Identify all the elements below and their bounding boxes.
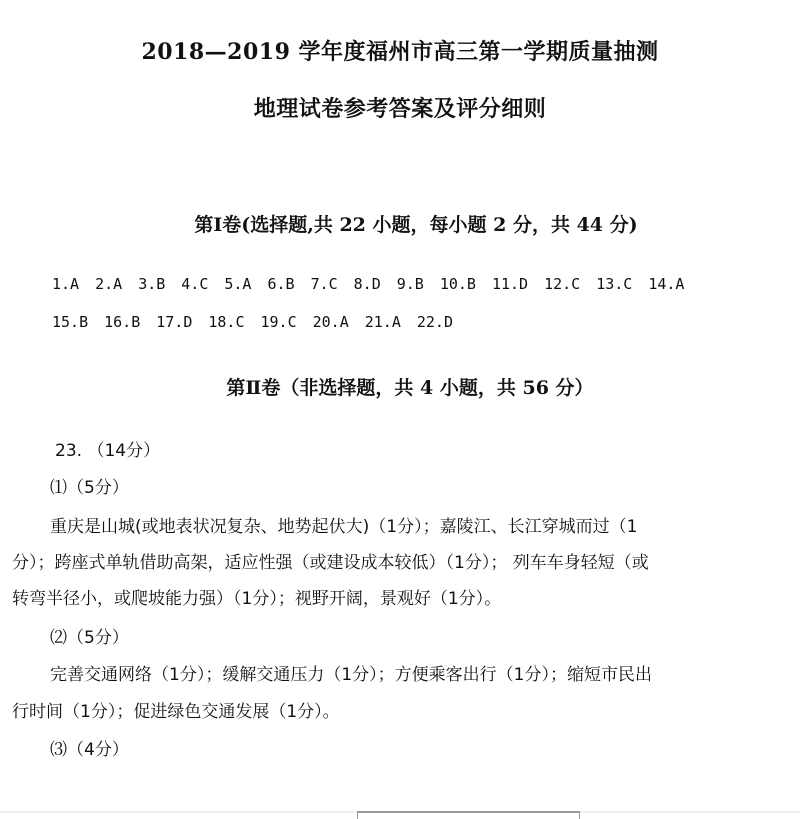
- answer-item: 20.A: [313, 313, 349, 331]
- answer-item: 13.C: [596, 275, 632, 293]
- answer-item: 6.B: [267, 275, 294, 293]
- answer-item: 9.B: [397, 275, 424, 293]
- answers-row-1: 1.A 2.A 3.B 4.C 5.A 6.B 7.C 8.D 9.B 10.B…: [52, 275, 700, 293]
- subquestion-2-answer-line: 完善交通网络（1分）；缓解交通压力（1分）；方便乘客出行（1分）；缩短市民出: [50, 660, 652, 685]
- subquestion-2-answer-line: 行时间（1分）；促进绿色交通发展（1分）。: [12, 697, 340, 722]
- document-page: 2018—2019 学年度福州市高三第一学期质量抽测 地理试卷参考答案及评分细则…: [0, 0, 800, 819]
- page-bottom-bracket: [357, 811, 580, 819]
- question-23-label: 23. （14分）: [55, 436, 160, 461]
- answer-item: 1.A: [52, 275, 79, 293]
- answer-item: 18.C: [208, 313, 244, 331]
- answer-item: 8.D: [354, 275, 381, 293]
- part2-heading: 第Ⅱ卷（非选择题，共 4 小题，共 56 分）: [10, 373, 800, 400]
- answer-item: 4.C: [181, 275, 208, 293]
- subquestion-2-label: ⑵（5分）: [50, 623, 129, 648]
- answer-item: 2.A: [95, 275, 122, 293]
- answer-item: 21.A: [365, 313, 401, 331]
- part1-heading: 第Ⅰ卷(选择题,共 22 小题，每小题 2 分，共 44 分): [16, 210, 800, 237]
- answer-item: 12.C: [544, 275, 580, 293]
- subquestion-1-label: ⑴（5分）: [50, 473, 129, 498]
- answer-item: 17.D: [156, 313, 192, 331]
- answer-item: 14.A: [648, 275, 684, 293]
- subquestion-1-answer-line: 重庆是山城(或地表状况复杂、地势起伏大)（1分）；嘉陵江、长江穿城而过（1: [50, 512, 637, 537]
- answers-row-2: 15.B 16.B 17.D 18.C 19.C 20.A 21.A 22.D: [52, 313, 469, 331]
- subquestion-1-answer-line: 转弯半径小，或爬坡能力强）（1分）；视野开阔，景观好（1分）。: [12, 584, 501, 609]
- answer-item: 10.B: [440, 275, 476, 293]
- document-subtitle: 地理试卷参考答案及评分细则: [0, 92, 800, 123]
- document-title: 2018—2019 学年度福州市高三第一学期质量抽测: [0, 35, 800, 66]
- subquestion-3-label: ⑶（4分）: [50, 735, 129, 760]
- answer-item: 7.C: [311, 275, 338, 293]
- answer-item: 16.B: [104, 313, 140, 331]
- answer-item: 3.B: [138, 275, 165, 293]
- answer-item: 11.D: [492, 275, 528, 293]
- answer-item: 15.B: [52, 313, 88, 331]
- subquestion-1-answer-line: 分）；跨座式单轨借助高架，适应性强（或建设成本较低）（1分）； 列车车身轻短（或: [12, 548, 649, 573]
- answer-item: 19.C: [261, 313, 297, 331]
- answer-item: 5.A: [224, 275, 251, 293]
- answer-item: 22.D: [417, 313, 453, 331]
